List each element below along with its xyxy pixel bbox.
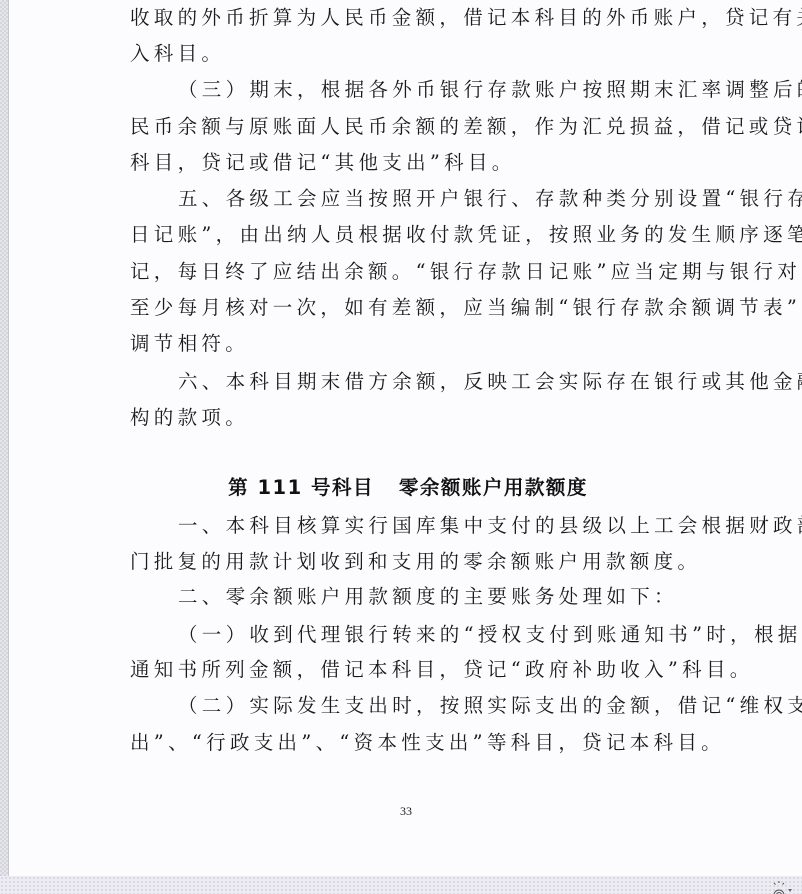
text-line: 通知书所列金额，借记本科目，贷记“政府补助收入”科目。 bbox=[130, 658, 686, 682]
text-line: 调节相符。 bbox=[130, 332, 686, 356]
text-line: 出”、“行政支出”、“资本性支出”等科目，贷记本科目。 bbox=[130, 731, 686, 755]
text-line: 门批复的用款计划收到和支用的零余额账户用款额度。 bbox=[130, 550, 686, 574]
text-line: 至少每月核对一次，如有差额，应当编制“银行存款余额调节表”， bbox=[130, 296, 686, 320]
text-line: 一、本科目核算实行国库集中支付的县级以上工会根据财政部 bbox=[178, 514, 686, 538]
text-line: 六、本科目期末借方余额，反映工会实际存在银行或其他金融机 bbox=[178, 370, 686, 394]
left-margin-strip bbox=[0, 0, 9, 876]
accessibility-icon[interactable] bbox=[772, 880, 794, 894]
text-line: 民币余额与原账面人民币余额的差额，作为汇兑损益，借记或贷记本 bbox=[130, 115, 686, 139]
text-line: （三）期末，根据各外币银行存款账户按照期末汇率调整后的人 bbox=[178, 78, 686, 102]
text-line: （一）收到代理银行转来的“授权支付到账通知书”时，根据 bbox=[178, 623, 686, 647]
chevron-down-icon bbox=[788, 889, 792, 892]
text-line: 二、零余额账户用款额度的主要账务处理如下： bbox=[178, 585, 686, 609]
text-line: 记，每日终了应结出余额。“银行存款日记账”应当定期与银行对账， bbox=[130, 260, 686, 284]
page-number: 33 bbox=[380, 803, 432, 819]
text-line: 入科目。 bbox=[130, 42, 686, 66]
section-heading: 第 111 号科目 零余额账户用款额度 bbox=[130, 476, 686, 500]
text-line: 科目，贷记或借记“其他支出”科目。 bbox=[130, 151, 686, 175]
bottom-status-strip bbox=[0, 876, 802, 894]
text-line: 日记账”，由出纳人员根据收付款凭证，按照业务的发生顺序逐笔登 bbox=[130, 223, 686, 247]
text-line: 收取的外币折算为人民币金额，借记本科目的外币账户，贷记有关收 bbox=[130, 6, 686, 30]
text-line: （二）实际发生支出时，按照实际支出的金额，借记“维权支 bbox=[178, 694, 686, 718]
text-line: 五、各级工会应当按照开户银行、存款种类分别设置“银行存款 bbox=[178, 187, 686, 211]
text-line: 构的款项。 bbox=[130, 406, 686, 430]
